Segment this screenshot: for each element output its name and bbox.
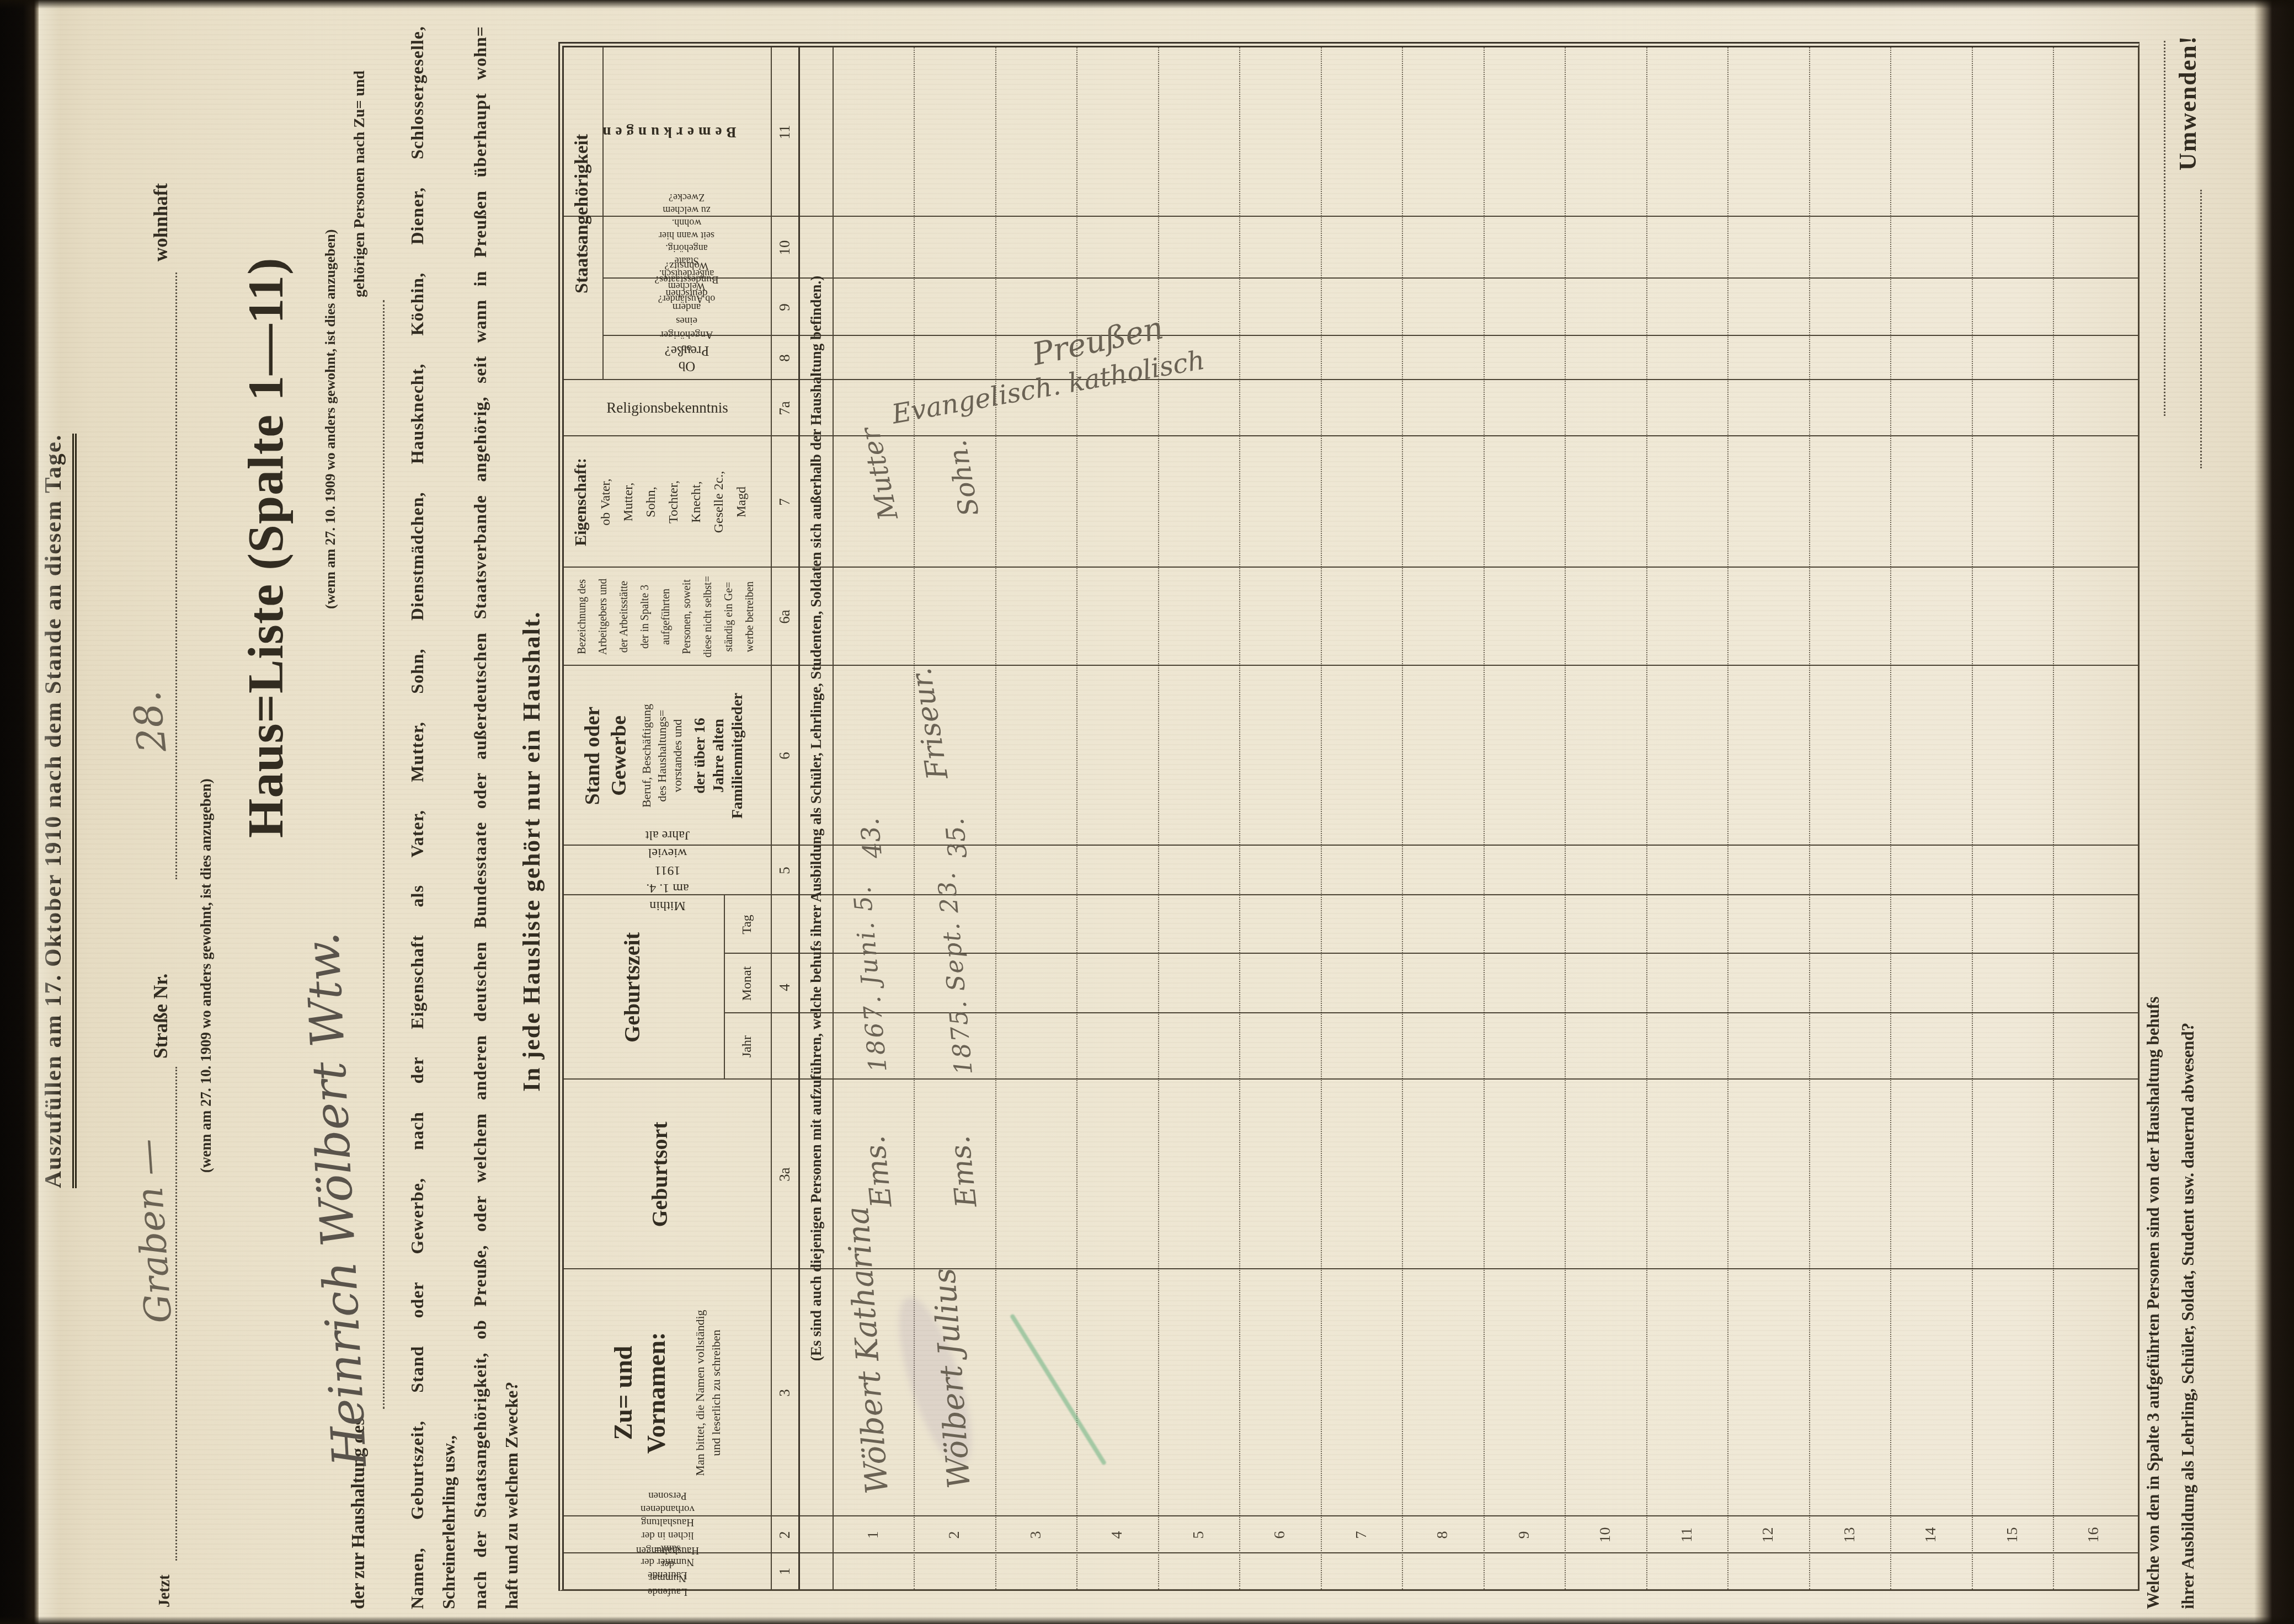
column-subline-jahr-monat [724, 1012, 2138, 1013]
colnum-11: 11 [771, 47, 798, 217]
row-line [1646, 47, 1647, 1589]
rownum-15: 15 [1972, 1516, 2053, 1553]
header-col7a-text: Religionsbekenntnis [606, 399, 728, 416]
rownum-8: 8 [1402, 1516, 1484, 1553]
row1-age-handwriting: 43. [855, 817, 888, 860]
colnum-2: 2 [771, 1516, 798, 1553]
binding-edge [0, 0, 39, 1624]
header-col6a-text: Bezeichnung des Arbeitgebers und der Arb… [572, 576, 760, 658]
header-col3: Zu= und Vornamen: Man bittet, die Namen … [564, 1269, 771, 1516]
row-line [1484, 47, 1485, 1589]
row-line [1321, 47, 1322, 1589]
footer-question-line2: ihrer Ausbildung als Lehrling, Schüler, … [2178, 1023, 2198, 1609]
row-line [995, 47, 996, 1589]
colnum-8: 8 [771, 336, 798, 380]
paragraph-line-3: nach der Staatsangehörigkeit, ob Preuße,… [470, 26, 490, 1609]
header-col5-text: Mithin am 1. 4. 1911 wieviel Jahre alt [643, 826, 692, 915]
colnum-5: 5 [771, 846, 798, 895]
binding-highlight [39, 0, 61, 1624]
header-col7a: Religionsbekenntnis [564, 380, 771, 436]
header-col6a: Bezeichnung des Arbeitgebers und der Arb… [564, 568, 771, 666]
residence-prefix: Jetzt [156, 1574, 174, 1607]
residence-number-blank [175, 273, 177, 879]
row-line [1809, 47, 1810, 1589]
footer-question-line1: Welche von den in Spalte 3 aufgeführten … [2143, 997, 2163, 1609]
rownum-1: 1 [833, 1516, 914, 1553]
header-col6: Stand oder Gewerbe Beruf, Beschäftigung … [564, 666, 771, 846]
page-edge-left [0, 1616, 2294, 1624]
paragraph-line-4: haft und zu welchem Zwecke? [502, 1382, 522, 1609]
colnum-7a: 7a [771, 380, 798, 436]
row-line [1076, 47, 1077, 1589]
colnum-3: 3 [771, 1269, 798, 1516]
header-monat-label: Monat [740, 966, 755, 1001]
header-col4-tag: Tag [724, 895, 771, 954]
header-col3a-title: Geburtsort [647, 1121, 673, 1227]
rownum-7: 7 [1321, 1516, 1402, 1553]
colnum-7: 7 [771, 436, 798, 568]
screenshot-stage: { "page": { "fill_instruction": "Auszufü… [0, 0, 2294, 1624]
colnum-6a: 6a [771, 568, 798, 666]
rownum-16: 16 [2053, 1516, 2135, 1553]
residence-street-handwriting: Graben — [125, 1137, 180, 1324]
header-col6-title: Stand oder Gewerbe [579, 707, 632, 805]
row2-age-handwriting: 35. [940, 817, 973, 860]
residence-suffix: wohnhaft [150, 183, 172, 261]
header-col3a: Geburtsort [564, 1080, 771, 1269]
header-col7: Eigenschaft: ob Vater, Mutter, Sohn, Toc… [564, 436, 771, 568]
rownum-2: 2 [914, 1516, 995, 1553]
residence-number-handwriting: 28. [124, 689, 175, 755]
header-col4-jahr: Jahr [724, 1013, 771, 1080]
header-col7-list: ob Vater, Mutter, Sohn, Tochter, Knecht,… [595, 471, 753, 533]
colnum-1: 1 [771, 1553, 798, 1589]
rownum-10: 10 [1565, 1516, 1646, 1553]
header-col2: Laufende Nummer der sämt= lichen in der … [564, 1516, 771, 1553]
header-col4-monat: Monat [724, 954, 771, 1013]
household-name-blank [383, 300, 385, 1409]
colnum-10: 10 [771, 217, 798, 279]
rownum-11: 11 [1646, 1516, 1727, 1553]
footer-answer-blank-2 [2200, 190, 2202, 468]
paragraph-line-2: Schreinerlehrling usw., [439, 1435, 459, 1609]
row-line [1972, 47, 1973, 1589]
colnum-4: 4 [771, 895, 798, 1080]
turn-over-label: Umwenden! [2174, 35, 2202, 170]
header-col6-bold: der über 16 Jahre alten Familienmitglied… [691, 693, 747, 819]
header-col7-title: Eigenschaft: [572, 458, 590, 546]
household-note: (wenn am 27. 10. 1909 wo anders gewohnt,… [322, 229, 339, 609]
row-line [1565, 47, 1566, 1589]
row-line [1402, 47, 1403, 1589]
header-jahr-label: Jahr [740, 1035, 755, 1057]
rownum-6: 6 [1239, 1516, 1321, 1553]
header-col5: Mithin am 1. 4. 1911 wieviel Jahre alt [564, 846, 771, 895]
page-edge-right [0, 0, 2294, 9]
header-tag-label: Tag [740, 915, 755, 934]
header-col2-text: Laufende Nummer der sämt= lichen in der … [640, 1488, 694, 1581]
residence-note: (wenn am 27. 10. 1909 wo anders gewohnt,… [198, 778, 215, 1173]
rownum-14: 14 [1890, 1516, 1972, 1553]
rownum-9: 9 [1484, 1516, 1565, 1553]
table-note-row: (Es sind auch diejenigen Personen mit au… [800, 47, 833, 1589]
note-row-rule [833, 47, 834, 1589]
rownum-4: 4 [1076, 1516, 1158, 1553]
census-table: Zu= und Vornamen: Man bittet, die Namen … [558, 42, 2140, 1591]
header-col10: ob Ausländer? Welchem außerdeutsch. Staa… [602, 217, 771, 279]
rownum-3: 3 [995, 1516, 1076, 1553]
census-form-page: Auszufüllen am 17. Oktober 1910 nach dem… [0, 0, 2294, 1624]
row-line [1239, 47, 1240, 1589]
paragraph-line-1: Namen, Geburtszeit, Stand oder Gewerbe, … [407, 26, 428, 1609]
header-col11-text: Bemerkungen [583, 124, 752, 141]
row-line [1890, 47, 1891, 1589]
header-col6-note: Beruf, Beschäftigung des Haushaltungs= v… [639, 704, 685, 808]
colnum-3a: 3a [771, 1080, 798, 1269]
household-name-handwriting: Heinrich Wölbert Wtw. [295, 931, 377, 1468]
page-torn-edge [2254, 0, 2294, 1624]
rownum-13: 13 [1809, 1516, 1890, 1553]
residence-street-label: Straße Nr. [150, 974, 172, 1059]
page-title: Haus=Liste (Spalte 1—11) [236, 257, 295, 838]
rownum-12: 12 [1727, 1516, 1809, 1553]
header-col11: Bemerkungen [564, 47, 771, 217]
column-subline-monat-tag [724, 953, 2138, 954]
colnum-9: 9 [771, 279, 798, 336]
row-line [1158, 47, 1159, 1589]
household-rule: In jede Hausliste gehört nur ein Haushal… [518, 611, 546, 1092]
rownum-5: 5 [1158, 1516, 1239, 1553]
row-line [1727, 47, 1728, 1589]
header-col3-title: Zu= und Vornamen: [607, 1332, 673, 1454]
row-line [2053, 47, 2054, 1589]
header-col4-title: Geburtszeit [619, 932, 645, 1043]
header-col3-note: Man bittet, die Namen vollständig und le… [692, 1310, 724, 1476]
household-suffix: gehörigen Personen nach Zu= und [351, 71, 369, 297]
footer-answer-blank-1 [2164, 41, 2165, 416]
colnum-6: 6 [771, 666, 798, 846]
